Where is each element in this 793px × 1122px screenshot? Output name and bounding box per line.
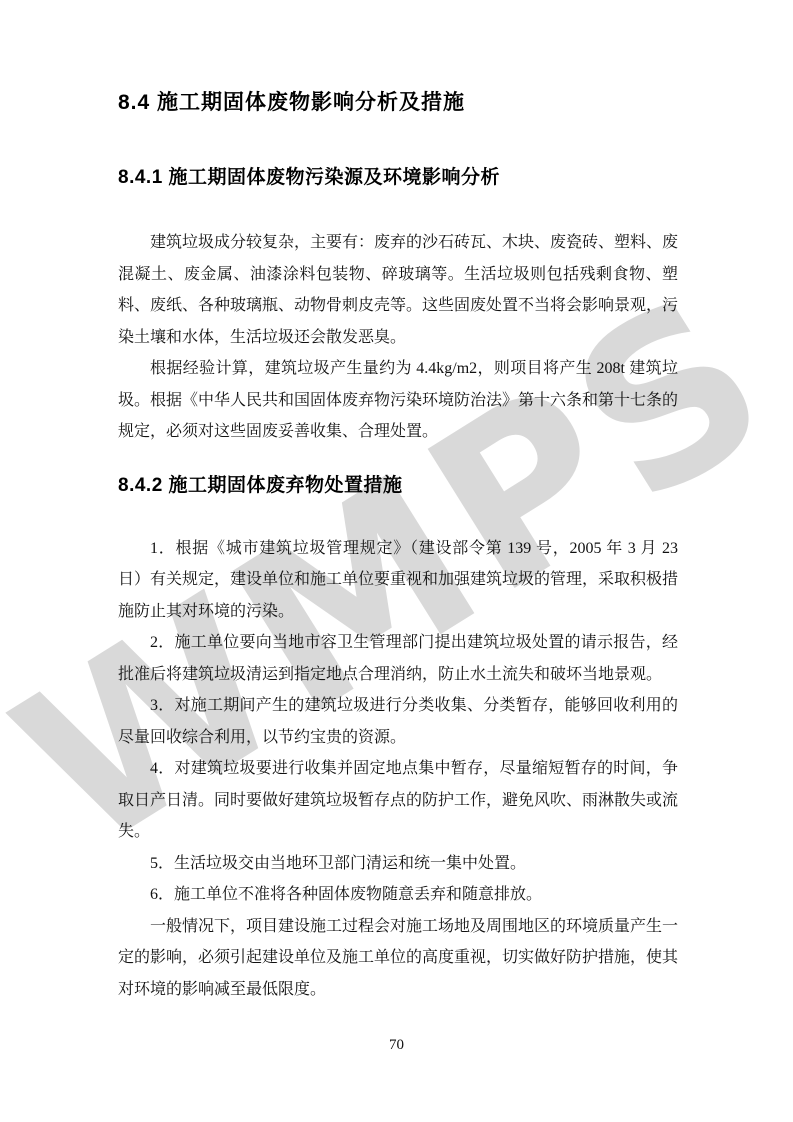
section-heading-8-4-2: 8.4.2 施工期固体废弃物处置措施 bbox=[118, 470, 678, 497]
list-item-4: 4．对建筑垃圾要进行收集并固定地点集中暂存，尽量缩短暂存的时间，争取日产日清。同… bbox=[118, 753, 678, 848]
list-item-6: 6．施工单位不准将各种固体废物随意丢弃和随意排放。 bbox=[118, 879, 678, 911]
list-item-5: 5．生活垃圾交由当地环卫部门清运和统一集中处置。 bbox=[118, 848, 678, 880]
section-heading-8-4: 8.4 施工期固体废物影响分析及措施 bbox=[118, 86, 678, 116]
paragraph-waste-composition: 建筑垃圾成分较复杂，主要有：废弃的沙石砖瓦、木块、废瓷砖、塑料、废混凝土、废金属… bbox=[118, 227, 678, 353]
list-item-1: 1．根据《城市建筑垃圾管理规定》（建设部令第 139 号，2005 年 3 月 … bbox=[118, 533, 678, 628]
list-item-3: 3．对施工期间产生的建筑垃圾进行分类收集、分类暂存，能够回收利用的尽量回收综合利… bbox=[118, 690, 678, 753]
page-footer: 70 bbox=[0, 1036, 793, 1054]
paragraph-waste-estimate: 根据经验计算，建筑垃圾产生量约为 4.4kg/m2，则项目将产生 208t 建筑… bbox=[118, 353, 678, 448]
document-content: 8.4 施工期固体废物影响分析及措施 8.4.1 施工期固体废物污染源及环境影响… bbox=[118, 86, 678, 1005]
document-page: WMPS 8.4 施工期固体废物影响分析及措施 8.4.1 施工期固体废物污染源… bbox=[0, 0, 793, 1122]
paragraph-conclusion: 一般情况下，项目建设施工过程会对施工场地及周围地区的环境质量产生一定的影响，必须… bbox=[118, 911, 678, 1006]
list-item-2: 2．施工单位要向当地市容卫生管理部门提出建筑垃圾处置的请示报告，经批准后将建筑垃… bbox=[118, 627, 678, 690]
section-heading-8-4-1: 8.4.1 施工期固体废物污染源及环境影响分析 bbox=[118, 162, 678, 189]
page-number: 70 bbox=[389, 1037, 404, 1053]
